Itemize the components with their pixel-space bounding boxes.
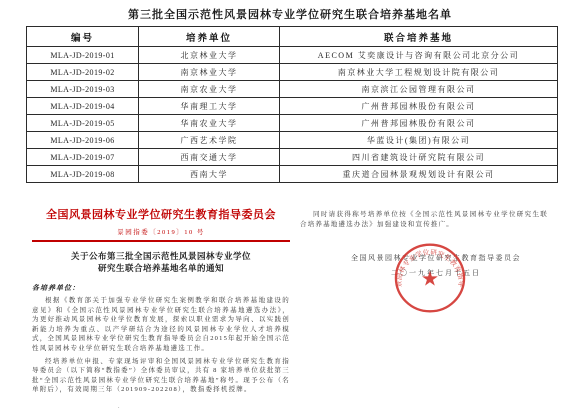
notice-title: 关于公布第三批全国示范性风景园林专业学位 研究生联合培养基地名单的通知 <box>32 250 290 274</box>
cell-id: MLA-JD-2019-03 <box>27 81 139 98</box>
cell-base: 重庆道合园林景观规划设计有限公司 <box>280 166 558 183</box>
list-title: 第三批全国示范性风景园林专业学位研究生联合培养基地名单 <box>0 6 580 22</box>
cell-university: 华南理工大学 <box>139 98 280 115</box>
org-header: 全国风景园林专业学位研究生教育指导委员会 <box>32 206 290 222</box>
cell-university: 西南大学 <box>139 166 280 183</box>
header-joint-base: 联合培养基地 <box>280 27 558 47</box>
doc-number: 景园指委〔2019〕10 号 <box>32 227 290 236</box>
cell-university: 华南农业大学 <box>139 115 280 132</box>
cell-id: MLA-JD-2019-04 <box>27 98 139 115</box>
signature-date: 二〇一九年七月十五日 <box>324 268 548 278</box>
signature-org: 全国风景园林专业学位研究生教育指导委员会 <box>324 253 548 263</box>
cell-base: 广州普邦园林股份有限公司 <box>280 98 558 115</box>
cell-id: MLA-JD-2019-05 <box>27 115 139 132</box>
page-mark: . <box>118 404 120 410</box>
cell-base: AECOM 艾奕康设计与咨询有限公司北京分公司 <box>280 47 558 64</box>
table-row: MLA-JD-2019-06 广西艺术学院 华蓝设计(集团)有限公司 <box>27 132 558 149</box>
notice-paragraph-1: 根据《教育部关于加强专业学位研究生案例教学和联合培养基地建设的意见》和《全国示范… <box>32 296 290 354</box>
cell-university: 北京林业大学 <box>139 47 280 64</box>
notice-title-line1: 关于公布第三批全国示范性风景园林专业学位 <box>32 250 290 262</box>
notice-paragraph-2: 经培养单位申报、专家现场评审和全国风景园林专业学位研究生教育指导委员会（以下简称… <box>32 357 290 395</box>
cell-id: MLA-JD-2019-06 <box>27 132 139 149</box>
notice-page-left: 全国风景园林专业学位研究生教育指导委员会 景园指委〔2019〕10 号 关于公布… <box>32 206 290 395</box>
salutation: 各培养单位： <box>32 283 290 293</box>
table-row: MLA-JD-2019-08 西南大学 重庆道合园林景观规划设计有限公司 <box>27 166 558 183</box>
cell-base: 广州普邦园林股份有限公司 <box>280 115 558 132</box>
notice-title-line2: 研究生联合培养基地名单的通知 <box>32 262 290 274</box>
red-divider <box>32 240 290 242</box>
cell-university: 西南交通大学 <box>139 149 280 166</box>
cell-id: MLA-JD-2019-08 <box>27 166 139 183</box>
cell-id: MLA-JD-2019-02 <box>27 64 139 81</box>
table-row: MLA-JD-2019-03 南京农业大学 南京滨江公园管理有限公司 <box>27 81 558 98</box>
header-id: 编号 <box>27 27 139 47</box>
cell-base: 南京林业大学工程规划设计院有限公司 <box>280 64 558 81</box>
table-header-row: 编号 培养单位 联合培养基地 <box>27 27 558 47</box>
cell-university: 南京林业大学 <box>139 64 280 81</box>
bases-table: 编号 培养单位 联合培养基地 MLA-JD-2019-01 北京林业大学 AEC… <box>26 26 558 183</box>
cell-id: MLA-JD-2019-07 <box>27 149 139 166</box>
table-row: MLA-JD-2019-01 北京林业大学 AECOM 艾奕康设计与咨询有限公司… <box>27 47 558 64</box>
header-university: 培养单位 <box>139 27 280 47</box>
table-row: MLA-JD-2019-05 华南农业大学 广州普邦园林股份有限公司 <box>27 115 558 132</box>
cell-university: 广西艺术学院 <box>139 132 280 149</box>
cell-base: 南京滨江公园管理有限公司 <box>280 81 558 98</box>
cell-base: 四川省建筑设计研究院有限公司 <box>280 149 558 166</box>
notice-page-right: 同时请获得称号培养单位按《全国示范性风景园林专业学位研究生联合培养基地遴选办法》… <box>300 210 548 278</box>
cell-university: 南京农业大学 <box>139 81 280 98</box>
table-row: MLA-JD-2019-02 南京林业大学 南京林业大学工程规划设计院有限公司 <box>27 64 558 81</box>
cell-base: 华蓝设计(集团)有限公司 <box>280 132 558 149</box>
notice-paragraph-3: 同时请获得称号培养单位按《全国示范性风景园林专业学位研究生联合培养基地遴选办法》… <box>300 210 548 229</box>
table-row: MLA-JD-2019-04 华南理工大学 广州普邦园林股份有限公司 <box>27 98 558 115</box>
cell-id: MLA-JD-2019-01 <box>27 47 139 64</box>
signature-block: 全国风景园林专业学位研究生教育指导委员会 二〇一九年七月十五日 <box>300 253 548 278</box>
table-row: MLA-JD-2019-07 西南交通大学 四川省建筑设计研究院有限公司 <box>27 149 558 166</box>
